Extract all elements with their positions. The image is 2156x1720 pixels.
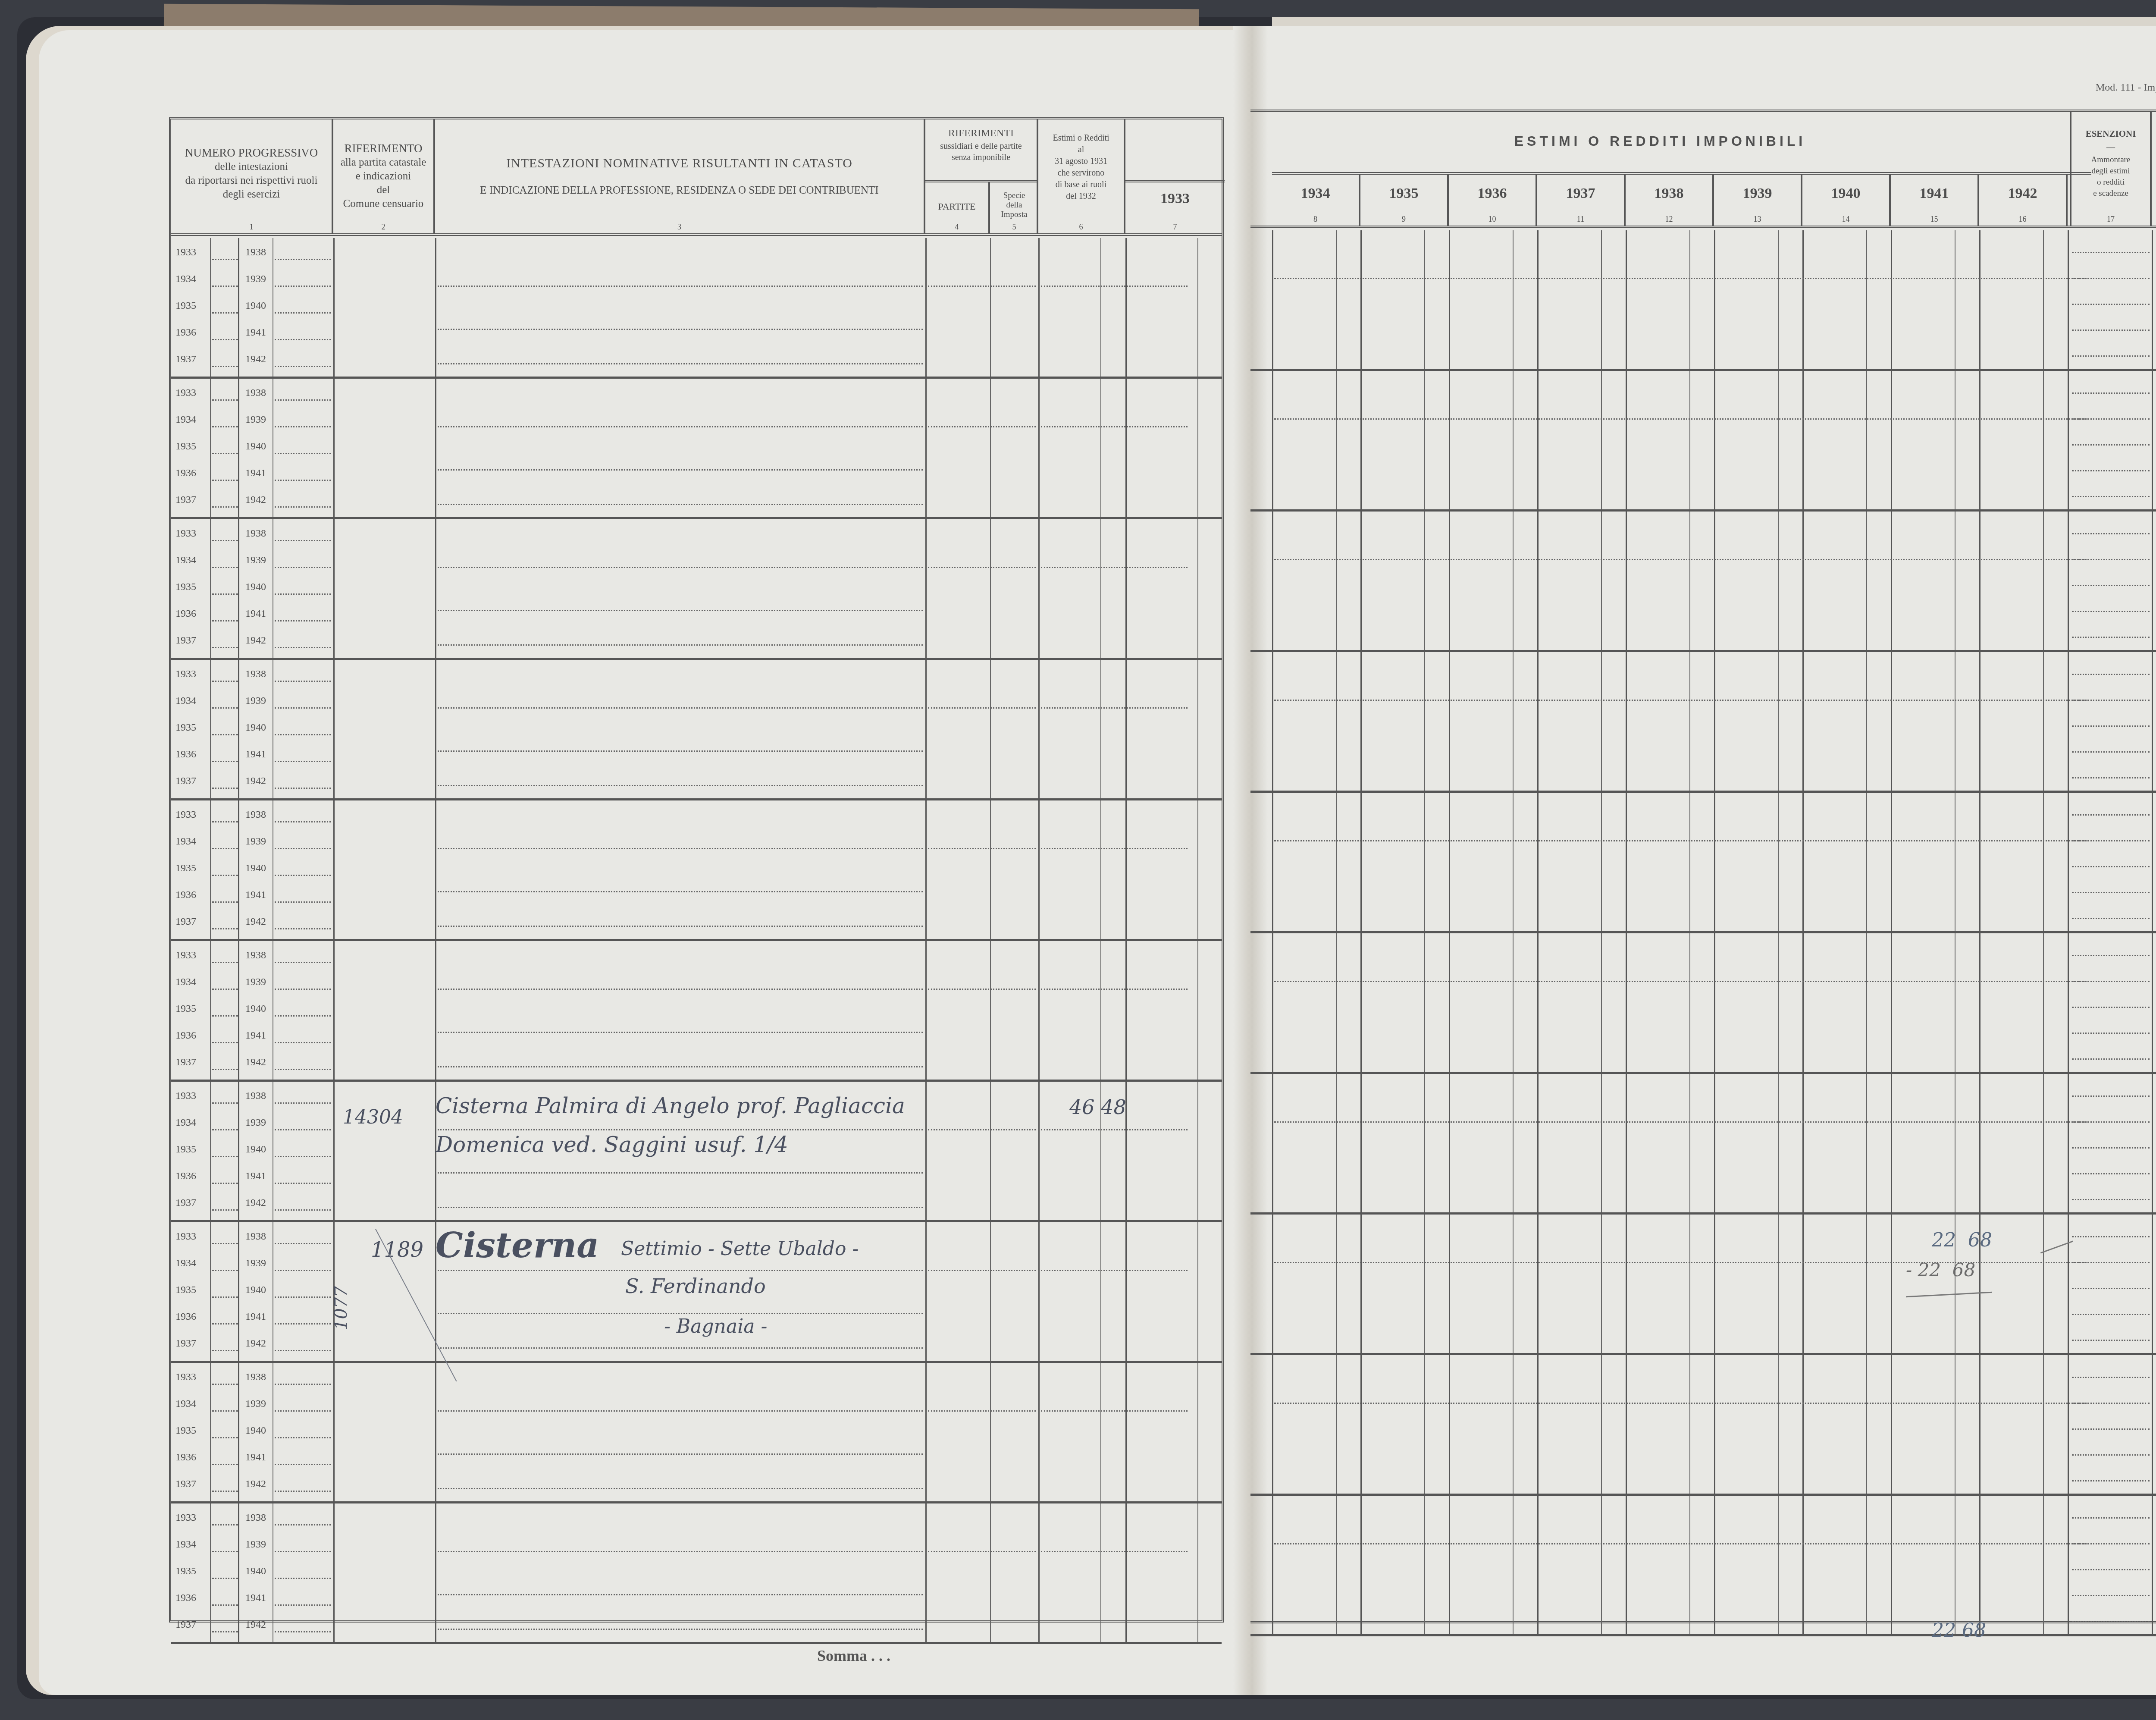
year-label: 1936 <box>175 1592 196 1604</box>
entry-name-main: Cisterna <box>436 1225 599 1265</box>
year-label: 1940 <box>245 581 266 593</box>
header-col-riferimento: RIFERIMENTO alla partita catastale e ind… <box>333 119 435 233</box>
year-label: 1935 <box>175 300 196 312</box>
year-label: 1937 <box>175 775 196 787</box>
header-col-riferimenti-sussidiari: RIFERIMENTI sussidiari e delle partite s… <box>925 119 1038 233</box>
year-label: 1934 <box>175 976 196 988</box>
year-label: 1939 <box>245 1258 266 1269</box>
row-group <box>1250 652 2156 793</box>
year-label: 1935 <box>175 1284 196 1296</box>
year-label: 1942 <box>245 354 266 365</box>
year-label: 1937 <box>175 1338 196 1350</box>
year-label: 1934 <box>175 1258 196 1269</box>
year-label: 1935 <box>175 863 196 874</box>
year-label: 1939 <box>245 1117 266 1129</box>
year-label: 1939 <box>245 555 266 566</box>
year-label: 1937 <box>175 635 196 647</box>
year-label: 1942 <box>245 1057 266 1068</box>
year-label: 1941 <box>245 1592 266 1604</box>
header-col-numero-progressivo: NUMERO PROGRESSIVO delle intestazioni da… <box>171 119 333 233</box>
year-label: 1939 <box>245 1539 266 1551</box>
right-table-body <box>1250 230 2156 1621</box>
year-label: 1941 <box>245 468 266 479</box>
year-label: 1933 <box>175 1512 196 1524</box>
year-label: 1939 <box>245 273 266 285</box>
year-label: 1936 <box>175 1311 196 1323</box>
header-col-1933: 1933 7 <box>1125 119 1225 233</box>
row-group: 1933193819341939193519401936194119371942 <box>171 1363 1222 1503</box>
somma-label: Somma . . . <box>817 1647 890 1665</box>
year-label: 1935 <box>175 1425 196 1437</box>
year-label: 1938 <box>245 1090 266 1102</box>
year-label: 1941 <box>245 1171 266 1182</box>
row-group <box>1250 1355 2156 1496</box>
entry-name-line1: Cisterna Palmira di Angelo prof. Pagliac… <box>436 1093 905 1118</box>
year-label: 1933 <box>175 669 196 680</box>
header-col-1939: 193913 <box>1714 175 1802 226</box>
year-label: 1936 <box>175 1030 196 1042</box>
year-label: 1939 <box>245 414 266 426</box>
row-group: 1933193819341939193519401936194119371942 <box>171 941 1222 1082</box>
year-label: 1935 <box>175 1566 196 1577</box>
year-label: 1940 <box>245 300 266 312</box>
left-table-header: NUMERO PROGRESSIVO delle intestazioni da… <box>171 119 1222 236</box>
row-group <box>1250 1496 2156 1636</box>
entry-side-number: 1077 <box>331 1286 351 1330</box>
year-label: 1934 <box>175 836 196 847</box>
form-code: Mod. 111 - Imposte Dirette (Intercalare)… <box>2096 82 2156 94</box>
year-label: 1937 <box>175 1478 196 1490</box>
header-col-esenzioni: ESENZIONI — Ammontare degli estimi o red… <box>2070 112 2152 226</box>
header-col-intestazioni: INTESTAZIONI NOMINATIVE RISULTANTI IN CA… <box>435 119 925 233</box>
left-ledger-table: NUMERO PROGRESSIVO delle intestazioni da… <box>169 117 1224 1623</box>
year-label: 1934 <box>175 555 196 566</box>
year-label: 1934 <box>175 1398 196 1410</box>
year-label: 1937 <box>175 916 196 928</box>
left-table-body: 1933193819341939193519401936194119371942… <box>171 238 1222 1620</box>
year-label: 1942 <box>245 1619 266 1631</box>
header-col-specie-imposta: Specie della Imposta 5 <box>990 182 1038 233</box>
entry-name-line3-b: - Bagnaia - <box>664 1315 767 1337</box>
header-col-1940: 194014 <box>1802 175 1891 226</box>
somma-1941-value: 22 68 <box>1932 1620 1986 1642</box>
header-col-partite: PARTITE 4 <box>925 182 990 233</box>
year-label: 1941 <box>245 1311 266 1323</box>
year-label: 1942 <box>245 1338 266 1350</box>
year-label: 1941 <box>245 327 266 339</box>
year-label: 1936 <box>175 1452 196 1463</box>
year-label: 1941 <box>245 1452 266 1463</box>
year-label: 1934 <box>175 695 196 707</box>
header-col-1941: 194115 <box>1891 175 1979 226</box>
header-col-1937: 193711 <box>1537 175 1626 226</box>
header-col-1934: 19348 <box>1272 175 1360 226</box>
row-group: 1933193819341939193519401936194119371942 <box>171 1503 1222 1644</box>
year-label: 1934 <box>175 1117 196 1129</box>
year-label: 1940 <box>245 722 266 734</box>
year-label: 1940 <box>245 441 266 452</box>
row-group <box>1250 1215 2156 1355</box>
year-label: 1936 <box>175 749 196 760</box>
entry-name-line2-b: S. Ferdinando <box>625 1274 766 1298</box>
year-label: 1938 <box>245 528 266 540</box>
year-label: 1942 <box>245 916 266 928</box>
year-label: 1937 <box>175 1057 196 1068</box>
year-label: 1934 <box>175 273 196 285</box>
year-label: 1935 <box>175 722 196 734</box>
year-label: 1938 <box>245 247 266 258</box>
entry-name-line1-b: Settimio - Sette Ubaldo - <box>621 1238 859 1260</box>
row-group: 1933193819341939193519401936194119371942 <box>171 800 1222 941</box>
year-label: 1940 <box>245 1003 266 1015</box>
header-col-1935: 19359 <box>1360 175 1449 226</box>
year-label: 1938 <box>245 809 266 821</box>
row-group <box>1250 793 2156 933</box>
right-ledger-table: ESTIMI O REDDITI IMPONIBILI 193481935919… <box>1250 110 2156 1623</box>
year-label: 1933 <box>175 1231 196 1243</box>
year-label: 1937 <box>175 1197 196 1209</box>
year-label: 1937 <box>175 354 196 365</box>
year-label: 1939 <box>245 695 266 707</box>
year-label: 1940 <box>245 1425 266 1437</box>
row-group <box>1250 230 2156 371</box>
year-label: 1936 <box>175 468 196 479</box>
year-label: 1933 <box>175 809 196 821</box>
year-label: 1941 <box>245 889 266 901</box>
year-label: 1933 <box>175 528 196 540</box>
year-label: 1933 <box>175 1090 196 1102</box>
year-label: 1935 <box>175 581 196 593</box>
entry-1941-correction: - 22 68 <box>1906 1259 1975 1281</box>
estimi-title: ESTIMI O REDDITI IMPONIBILI <box>1250 133 2070 149</box>
row-group <box>1250 371 2156 512</box>
year-label: 1936 <box>175 327 196 339</box>
year-label: 1942 <box>245 775 266 787</box>
year-label: 1940 <box>245 1566 266 1577</box>
year-label: 1938 <box>245 1512 266 1524</box>
year-label: 1941 <box>245 608 266 620</box>
year-label: 1941 <box>245 749 266 760</box>
year-label: 1937 <box>175 1619 196 1631</box>
year-label: 1938 <box>245 950 266 961</box>
year-label: 1940 <box>245 1284 266 1296</box>
year-label: 1940 <box>245 1144 266 1155</box>
year-label: 1939 <box>245 836 266 847</box>
year-label: 1938 <box>245 387 266 399</box>
right-table-header: ESTIMI O REDDITI IMPONIBILI 193481935919… <box>1250 112 2156 228</box>
year-label: 1933 <box>175 247 196 258</box>
entry-name-line2: Domenica ved. Saggini usuf. 1/4 <box>436 1132 788 1157</box>
entry-estimo-1931: 46 48 <box>1069 1095 1126 1119</box>
year-label: 1933 <box>175 1372 196 1383</box>
header-col-annotazioni: ANNOTAZIONI 18 <box>2152 112 2156 226</box>
year-label: 1941 <box>245 1030 266 1042</box>
year-label: 1939 <box>245 1398 266 1410</box>
entry-partita-1189: 1189 <box>371 1238 423 1262</box>
year-label: 1938 <box>245 1231 266 1243</box>
header-col-1938: 193812 <box>1626 175 1714 226</box>
year-label: 1936 <box>175 608 196 620</box>
year-label: 1933 <box>175 950 196 961</box>
entry-1941-value: 22 68 <box>1932 1229 1992 1251</box>
year-label: 1942 <box>245 635 266 647</box>
year-label: 1938 <box>245 669 266 680</box>
row-group: 1933193819341939193519401936194119371942 <box>171 379 1222 519</box>
year-label: 1935 <box>175 1003 196 1015</box>
row-group: 1933193819341939193519401936194119371942 <box>171 519 1222 660</box>
year-label: 1938 <box>245 1372 266 1383</box>
year-label: 1933 <box>175 387 196 399</box>
row-group: 1933193819341939193519401936194119371942 <box>171 238 1222 379</box>
year-label: 1935 <box>175 441 196 452</box>
year-label: 1939 <box>245 976 266 988</box>
header-col-estimi-1931: Estimi o Redditi al 31 agosto 1931 che s… <box>1038 119 1125 233</box>
row-group <box>1250 1074 2156 1215</box>
year-label: 1934 <box>175 1539 196 1551</box>
year-label: 1936 <box>175 1171 196 1182</box>
year-label: 1937 <box>175 494 196 506</box>
entry-partita-14304: 14304 <box>343 1106 403 1128</box>
year-label: 1934 <box>175 414 196 426</box>
header-col-1942: 194216 <box>1979 175 2068 226</box>
year-label: 1935 <box>175 1144 196 1155</box>
row-group: 1933193819341939193519401936194119371942 <box>171 660 1222 800</box>
header-col-1936: 193610 <box>1449 175 1537 226</box>
year-label: 1940 <box>245 863 266 874</box>
row-group <box>1250 512 2156 652</box>
year-label: 1942 <box>245 1197 266 1209</box>
row-group <box>1250 933 2156 1074</box>
year-label: 1936 <box>175 889 196 901</box>
year-label: 1942 <box>245 494 266 506</box>
year-label: 1942 <box>245 1478 266 1490</box>
